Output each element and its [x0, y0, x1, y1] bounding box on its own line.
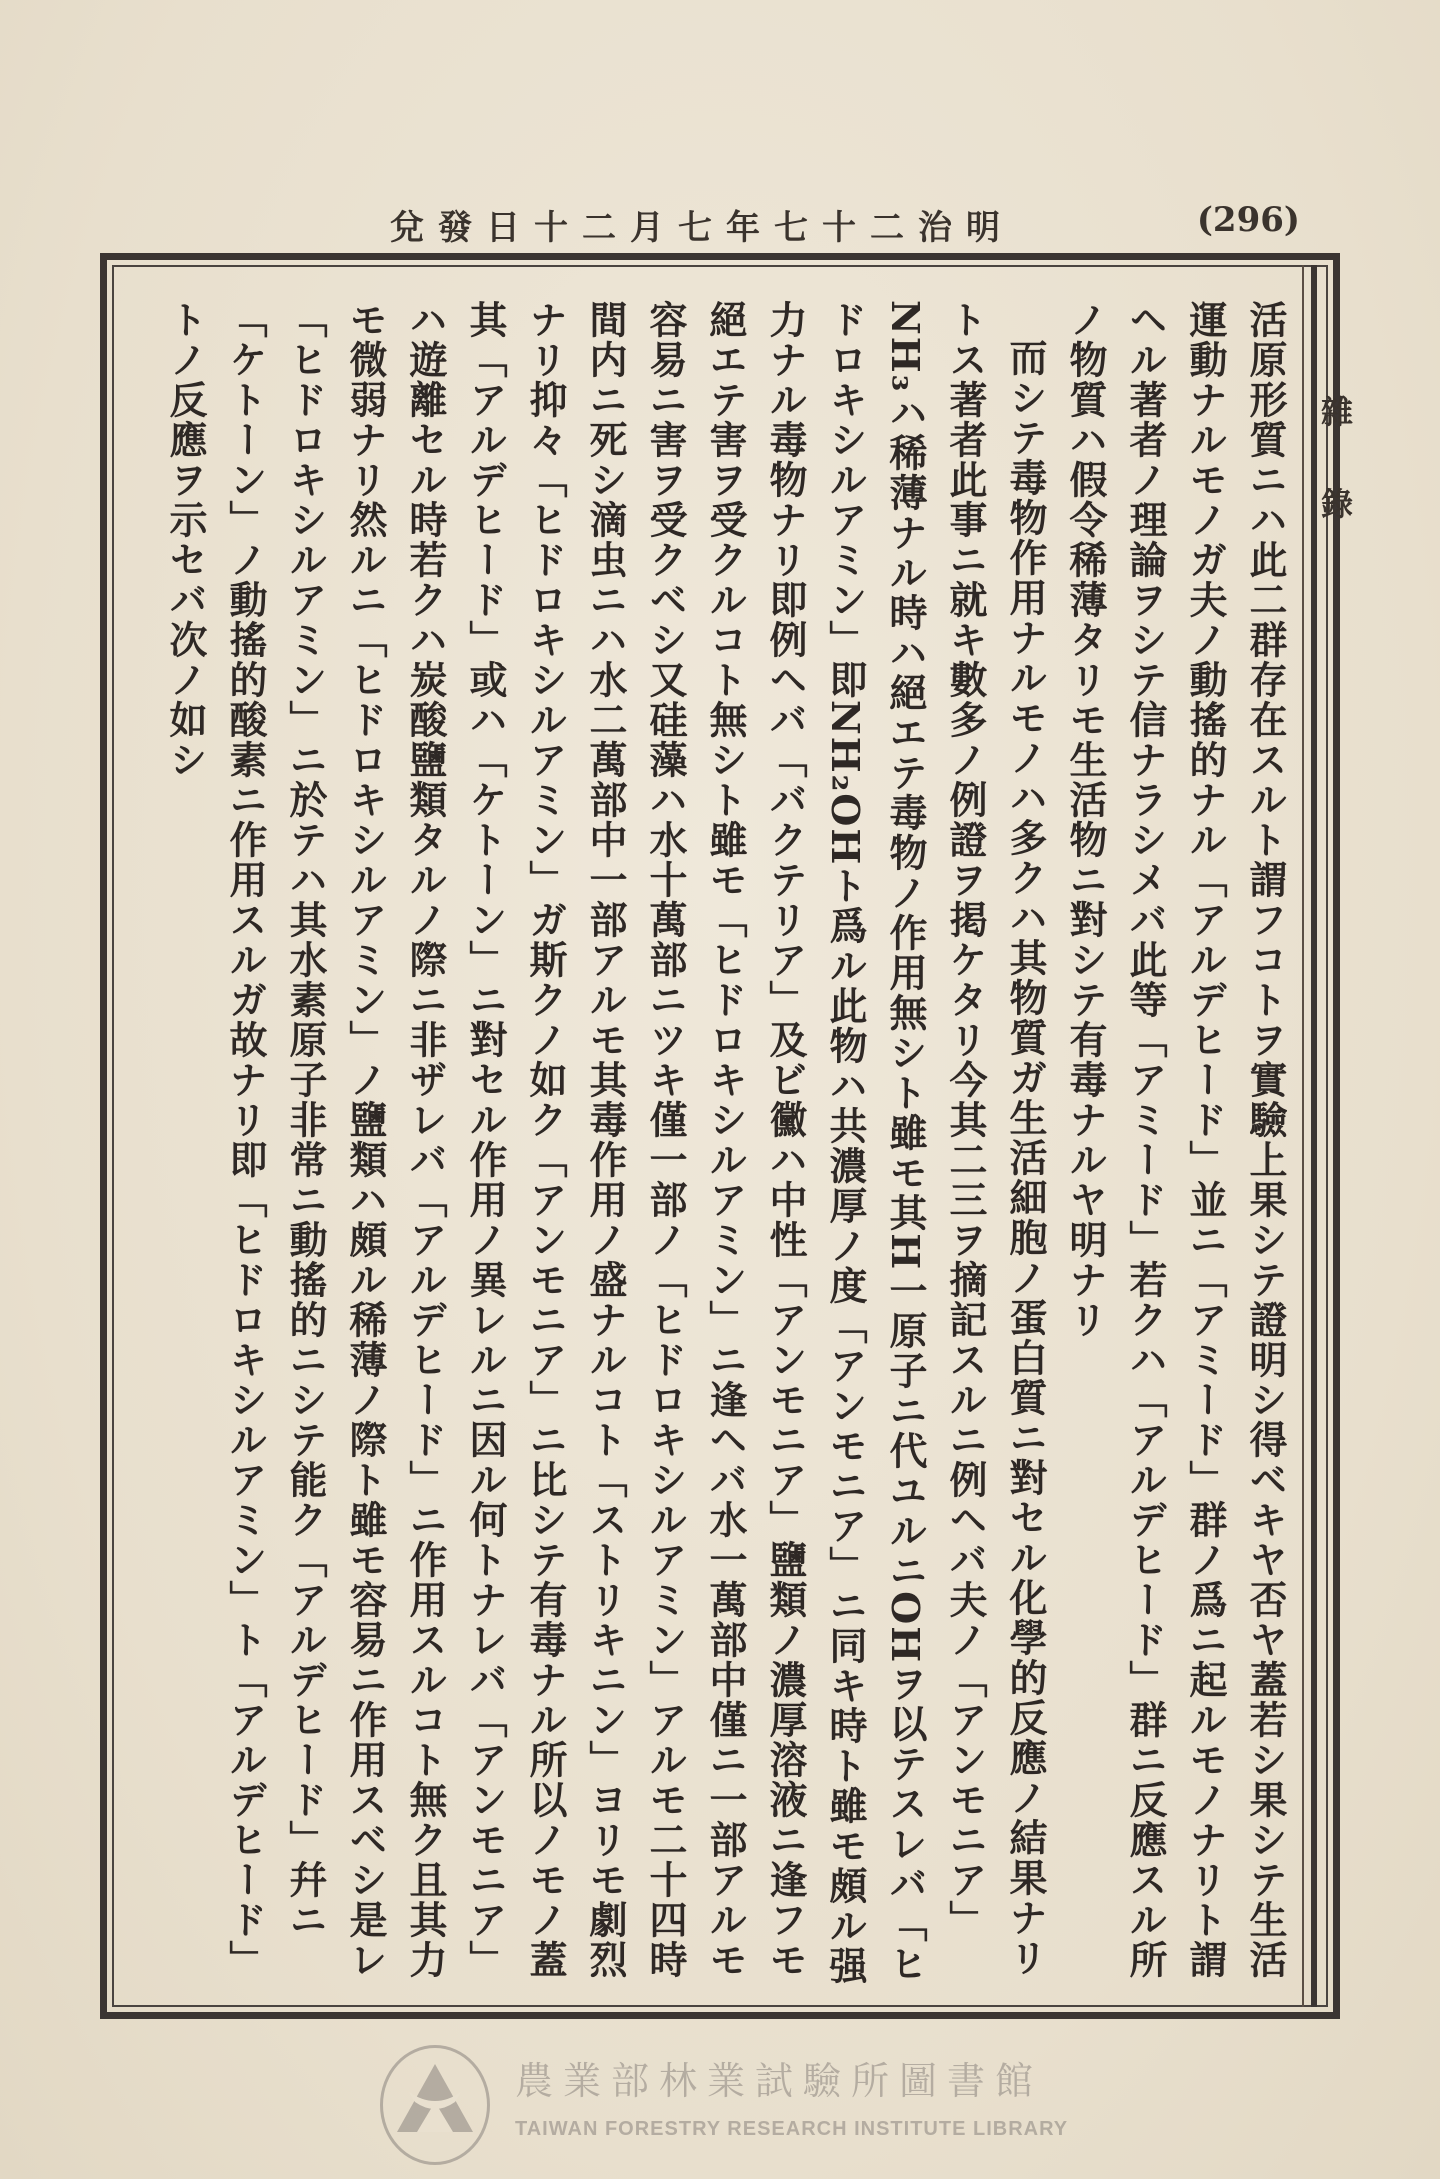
publication-date: 明治二十七年七月二十日發兌: [390, 200, 1014, 249]
paragraph: 而シテ毒物作用ナルモノハ多クハ其物質ガ生活細胞ノ蛋白質ニ對セル化學的反應ノ結果ナ…: [155, 300, 1055, 2000]
watermark-title: 農業部林業試驗所圖書館: [515, 2050, 1043, 2105]
side-divider-thin: [1302, 265, 1304, 2007]
section-label: 雜錄: [1318, 395, 1358, 579]
institute-logo-icon: [380, 2045, 490, 2165]
library-watermark: 農業部林業試驗所圖書館 TAIWAN FORESTRY RESEARCH INS…: [375, 2040, 1095, 2170]
running-header: 明治二十七年七月二十日發兌 (296): [380, 200, 1300, 250]
paragraph: 活原形質ニハ此二群存在スルト謂フコトヲ實驗上果シテ證明シ得ベキヤ否ヤ蓋若シ果シテ…: [1055, 300, 1295, 2000]
watermark-subtitle: TAIWAN FORESTRY RESEARCH INSTITUTE LIBRA…: [515, 2118, 1068, 2141]
article-body: 活原形質ニハ此二群存在スルト謂フコトヲ實驗上果シテ證明シ得ベキヤ否ヤ蓋若シ果シテ…: [135, 300, 1295, 2000]
page-number: (296): [1197, 200, 1300, 240]
